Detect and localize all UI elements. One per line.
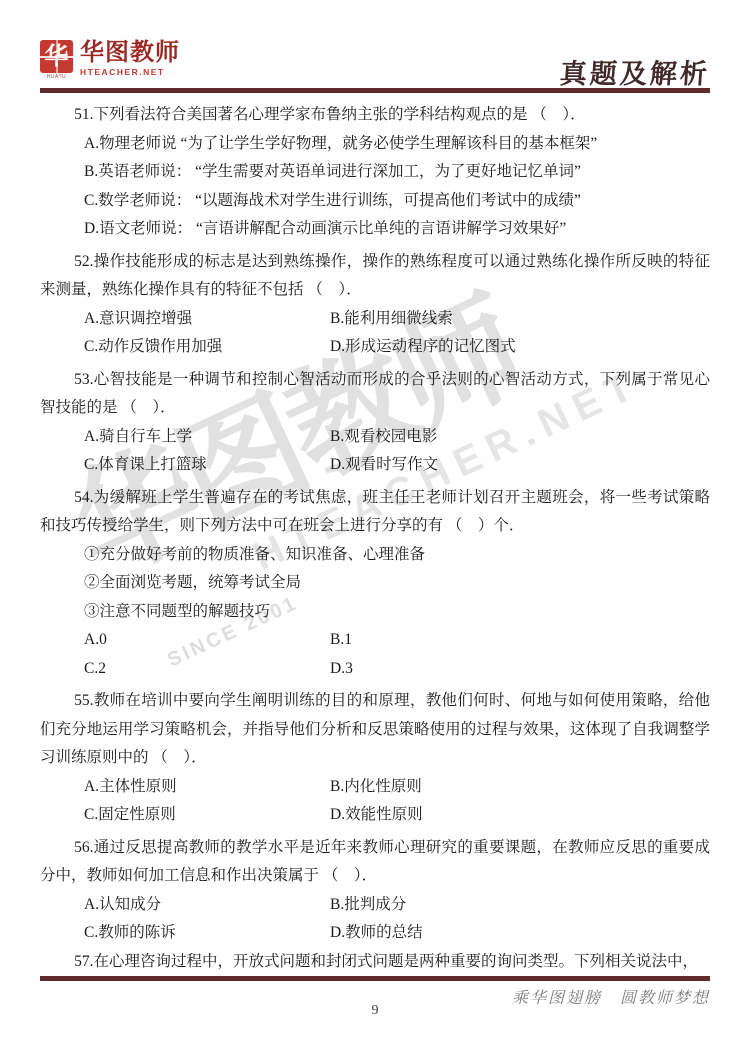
question-51-option-b: B.英语老师说： “学生需要对英语单词进行深加工，为了更好地记忆单词” [40, 158, 710, 187]
footer-divider [40, 976, 710, 981]
question-55: 55.教师在培训中要向学生阐明训练的目的和原理，教他们何时、何地与如何使用策略，… [40, 687, 710, 830]
question-55-options-ab: A.主体性原则 B.内化性原则 [40, 773, 710, 802]
question-54-item-2: ②全面浏览考题，统筹考试全局 [40, 569, 710, 598]
question-52-options-cd: C.动作反馈作用加强 D.形成运动程序的记忆图式 [40, 333, 710, 362]
logo-domain: HTEACHER.NET [80, 67, 180, 77]
question-54-options-cd: C.2 D.3 [40, 655, 710, 684]
page-header: 华 HUATU 华图教师 HTEACHER.NET 真题及解析 [40, 40, 710, 93]
question-51: 51.下列看法符合美国著名心理学家布鲁纳主张的学科结构观点的是 （ ）． A.物… [40, 101, 710, 244]
question-54-option-c: C.2 [84, 655, 330, 684]
question-55-stem: 55.教师在培训中要向学生阐明训练的目的和原理，教他们何时、何地与如何使用策略，… [40, 687, 710, 773]
question-55-option-a: A.主体性原则 [84, 773, 330, 802]
question-54-option-a: A.0 [84, 626, 330, 655]
question-54-option-b: B.1 [330, 626, 710, 655]
question-53-options-cd: C.体育课上打篮球 D.观看时写作文 [40, 451, 710, 480]
question-53-options-ab: A.骑自行车上学 B.观看校园电影 [40, 423, 710, 452]
question-56-option-b: B.批判成分 [330, 891, 710, 920]
question-56-option-c: C.教师的陈诉 [84, 919, 330, 948]
question-54-item-1: ①充分做好考前的物质准备、知识准备、心理准备 [40, 541, 710, 570]
question-52-option-a: A.意识调控增强 [84, 305, 330, 334]
question-52-option-c: C.动作反馈作用加强 [84, 333, 330, 362]
page-title: 真题及解析 [559, 52, 712, 91]
question-52-option-b: B.能利用细微线索 [330, 305, 710, 334]
page-number: 9 [0, 1003, 750, 1019]
huatu-logo: 华 HUATU 华图教师 HTEACHER.NET [40, 40, 180, 80]
question-54-stem: 54.为缓解班上学生普遍存在的考试焦虑，班主任王老师计划召开主题班会，将一些考试… [40, 484, 710, 541]
question-56-stem: 56.通过反思提高教师的教学水平是近年来教师心理研究的重要课题，在教师应反思的重… [40, 834, 710, 891]
question-52-options-ab: A.意识调控增强 B.能利用细微线索 [40, 305, 710, 334]
question-53-option-d: D.观看时写作文 [330, 451, 710, 480]
question-53-option-a: A.骑自行车上学 [84, 423, 330, 452]
question-56-options-ab: A.认知成分 B.批判成分 [40, 891, 710, 920]
logo-name: 华图教师 [80, 40, 180, 66]
huatu-logo-icon: 华 HUATU [40, 40, 73, 80]
question-55-option-d: D.效能性原则 [330, 801, 710, 830]
question-51-option-a: A.物理老师说 “为了让学生学好物理，就务必使学生理解该科目的基本框架” [40, 130, 710, 159]
question-57: 57.在心理咨询过程中，开放式问题和封闭式问题是两种重要的询问类型。下列相关说法… [40, 948, 710, 977]
logo-sub-text: HUATU [40, 74, 73, 80]
question-51-stem: 51.下列看法符合美国著名心理学家布鲁纳主张的学科结构观点的是 （ ）． [40, 101, 710, 130]
question-51-option-c: C.数学老师说： “以题海战术对学生进行训练，可提高他们考试中的成绩” [40, 187, 710, 216]
question-54-options-ab: A.0 B.1 [40, 626, 710, 655]
question-53-option-c: C.体育课上打篮球 [84, 451, 330, 480]
question-55-option-c: C.固定性原则 [84, 801, 330, 830]
question-54: 54.为缓解班上学生普遍存在的考试焦虑，班主任王老师计划召开主题班会，将一些考试… [40, 484, 710, 684]
question-56-option-d: D.教师的总结 [330, 919, 710, 948]
question-57-stem: 57.在心理咨询过程中，开放式问题和封闭式问题是两种重要的询问类型。下列相关说法… [40, 948, 710, 977]
question-54-item-3: ③注意不同题型的解题技巧 [40, 598, 710, 627]
question-52-option-d: D.形成运动程序的记忆图式 [330, 333, 710, 362]
question-56-options-cd: C.教师的陈诉 D.教师的总结 [40, 919, 710, 948]
question-55-options-cd: C.固定性原则 D.效能性原则 [40, 801, 710, 830]
question-53: 53.心智技能是一种调节和控制心智活动而形成的合乎法则的心智活动方式，下列属于常… [40, 366, 710, 480]
logo-wordmark: 华图教师 HTEACHER.NET [80, 40, 180, 77]
question-56: 56.通过反思提高教师的教学水平是近年来教师心理研究的重要课题，在教师应反思的重… [40, 834, 710, 948]
question-52-stem: 52.操作技能形成的标志是达到熟练操作，操作的熟练程度可以通过熟练化操作所反映的… [40, 248, 710, 305]
question-56-option-a: A.认知成分 [84, 891, 330, 920]
question-51-option-d: D.语文老师说： “言语讲解配合动画演示比单纯的言语讲解学习效果好” [40, 215, 710, 244]
question-55-option-b: B.内化性原则 [330, 773, 710, 802]
question-54-option-d: D.3 [330, 655, 710, 684]
question-53-option-b: B.观看校园电影 [330, 423, 710, 452]
question-52: 52.操作技能形成的标志是达到熟练操作，操作的熟练程度可以通过熟练化操作所反映的… [40, 248, 710, 362]
question-53-stem: 53.心智技能是一种调节和控制心智活动而形成的合乎法则的心智活动方式，下列属于常… [40, 366, 710, 423]
exam-content: 51.下列看法符合美国著名心理学家布鲁纳主张的学科结构观点的是 （ ）． A.物… [40, 97, 710, 976]
